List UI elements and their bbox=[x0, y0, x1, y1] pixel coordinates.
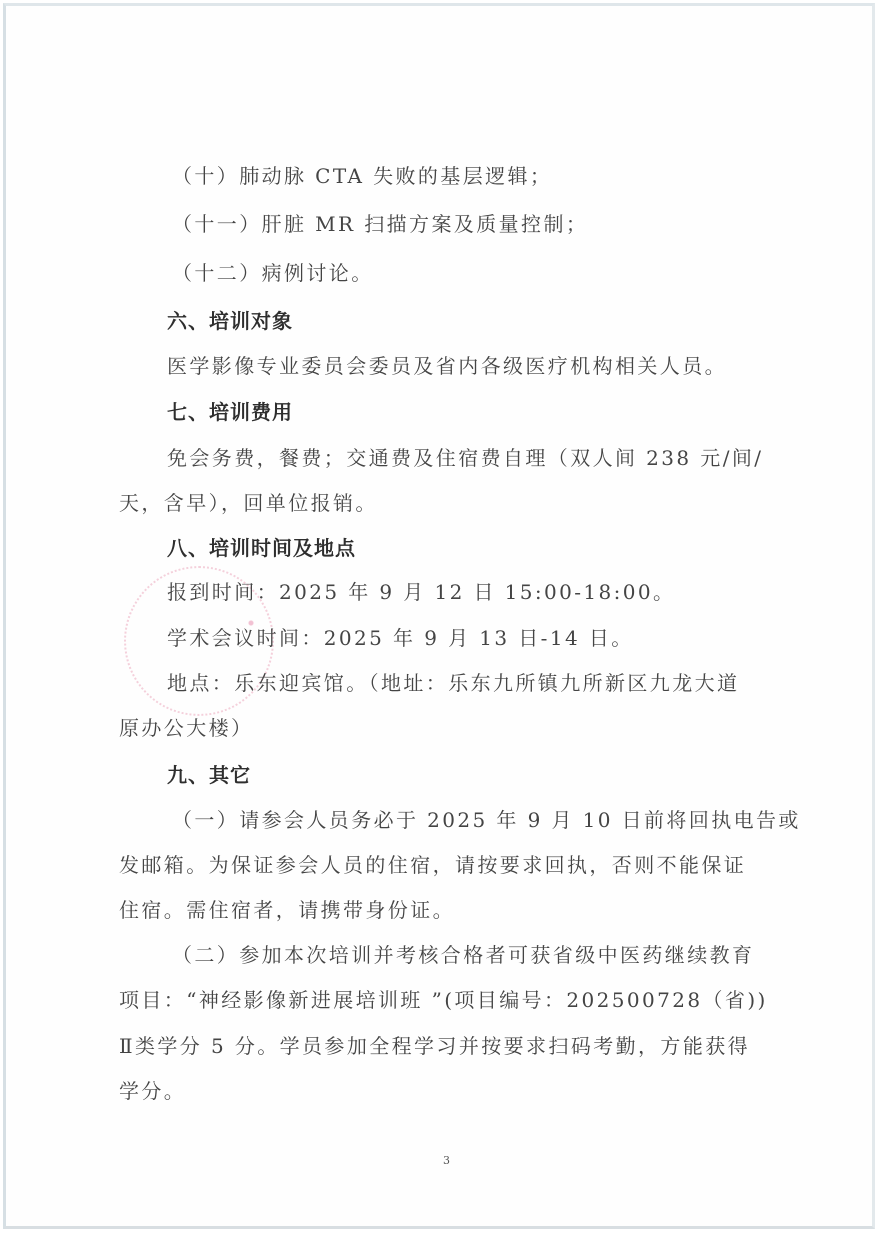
list-item-11: （十一）肝脏 MR 扫描方案及质量控制； bbox=[172, 210, 588, 238]
section-heading-fees: 七、培训费用 bbox=[167, 398, 293, 426]
paragraph-trainees: 医学影像专业委员会委员及省内各级医疗机构相关人员。 bbox=[167, 352, 727, 380]
other-paragraph-1-line-2: 发邮箱。为保证参会人员的住宿，请按要求回执，否则不能保证 bbox=[119, 851, 746, 879]
other-paragraph-1-line-1: （一）请参会人员务必于 2025 年 9 月 10 日前将回执电告或 bbox=[172, 806, 801, 834]
other-paragraph-2-line-2: 项目：“神经影像新进展培训班 ”(项目编号：202500728（省)) bbox=[119, 986, 768, 1014]
location-line-1: 地点：乐东迎宾馆。（地址：乐东九所镇九所新区九龙大道 bbox=[167, 669, 739, 697]
other-paragraph-1-line-3: 住宿。需住宿者，请携带身份证。 bbox=[119, 896, 455, 924]
other-paragraph-2-line-1: （二）参加本次培训并考核合格者可获省级中医药继续教育 bbox=[172, 941, 754, 969]
paragraph-fees-line-2: 天，含早），回单位报销。 bbox=[119, 489, 378, 517]
location-line-2: 原办公大楼） bbox=[119, 714, 253, 742]
section-heading-time-location: 八、培训时间及地点 bbox=[167, 534, 356, 562]
other-paragraph-2-line-4: 学分。 bbox=[119, 1077, 186, 1105]
meeting-time: 学术会议时间：2025 年 9 月 13 日-14 日。 bbox=[167, 624, 634, 652]
checkin-time: 报到时间：2025 年 9 月 12 日 15:00-18:00。 bbox=[167, 578, 675, 606]
section-heading-trainees: 六、培训对象 bbox=[167, 307, 293, 335]
list-item-12: （十二）病例讨论。 bbox=[172, 259, 374, 287]
other-paragraph-2-line-3: Ⅱ类学分 5 分。学员参加全程学习并按要求扫码考勤，方能获得 bbox=[119, 1032, 750, 1060]
section-heading-other: 九、其它 bbox=[167, 761, 251, 789]
document-page: （十）肺动脉 CTA 失败的基层逻辑； （十一）肝脏 MR 扫描方案及质量控制；… bbox=[3, 3, 875, 1229]
paragraph-fees-line-1: 免会务费，餐费；交通费及住宿费自理（双人间 238 元/间/ bbox=[167, 444, 763, 472]
page-number: 3 bbox=[443, 1154, 450, 1167]
list-item-10: （十）肺动脉 CTA 失败的基层逻辑； bbox=[172, 162, 552, 190]
